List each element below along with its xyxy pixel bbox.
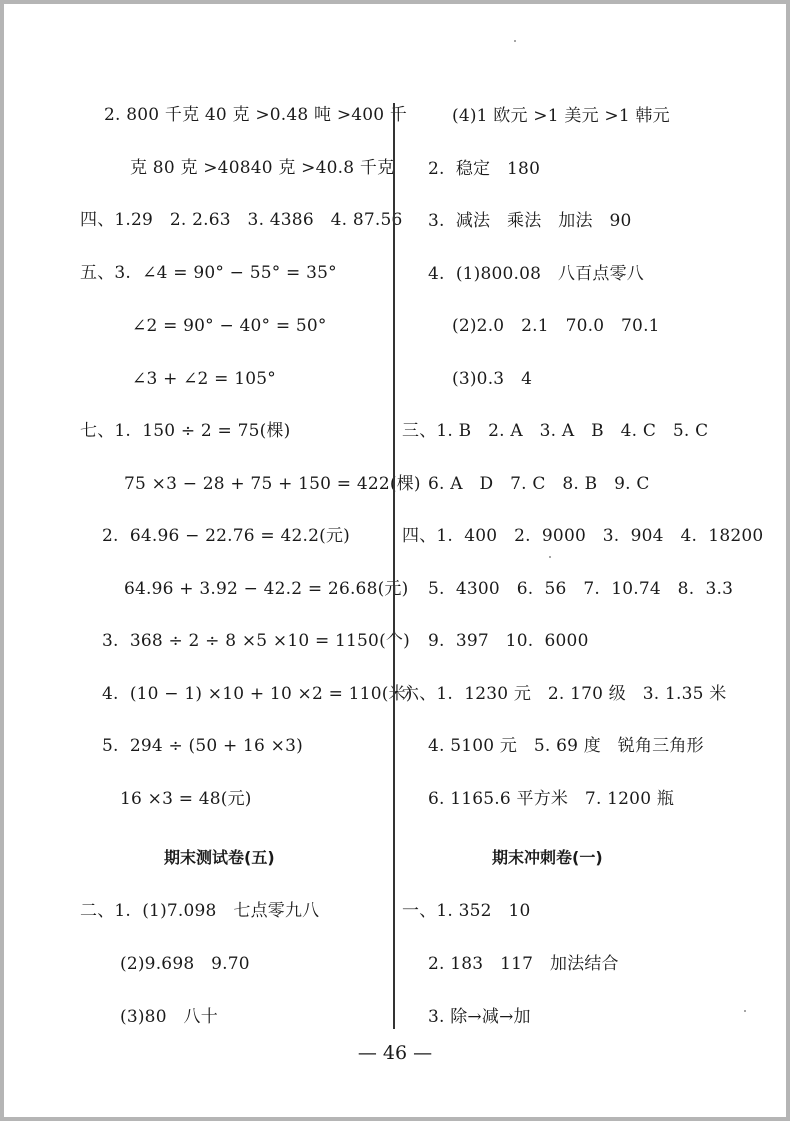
answer-line: 64.96 + 3.92 − 42.2 = 26.68(元) (124, 578, 408, 600)
answer-line: 四、1. 400 2. 9000 3. 904 4. 18200 (402, 525, 763, 547)
answer-line: 4. (1)800.08 八百点零八 (428, 263, 644, 285)
answer-line: ∠3 + ∠2 = 105° (132, 368, 276, 390)
answer-line: 3. 除→减→加 (428, 1006, 531, 1028)
answer-key-page: 2. 800 千克 40 克 >0.48 吨 >400 千 克 80 克 >40… (4, 4, 786, 1117)
answer-line: (3)0.3 4 (452, 368, 532, 390)
answer-line: (2)9.698 9.70 (120, 953, 250, 975)
answer-line: 七、1. 150 ÷ 2 = 75(棵) (80, 420, 291, 442)
answer-line: 2. 800 千克 40 克 >0.48 吨 >400 千 (104, 104, 407, 126)
answer-line: 2. 稳定 180 (428, 158, 540, 180)
answer-line: ∠2 = 90° − 40° = 50° (132, 315, 327, 337)
answer-line: 3. 减法 乘法 加法 90 (428, 210, 632, 232)
answer-line: 克 80 克 >40840 克 >40.8 千克 (130, 157, 394, 179)
answer-line: 3. 368 ÷ 2 ÷ 8 ×5 ×10 = 1150(个) (102, 630, 410, 652)
answer-line: (3)80 八十 (120, 1006, 218, 1028)
answer-line: 四、1.29 2. 2.63 3. 4386 4. 87.56 (80, 209, 403, 231)
answer-line: 9. 397 10. 6000 (428, 630, 589, 652)
answer-line: 16 ×3 = 48(元) (120, 788, 252, 810)
answer-line: 5. 4300 6. 56 7. 10.74 8. 3.3 (428, 578, 733, 600)
column-divider (393, 103, 395, 1029)
scan-speck (514, 40, 516, 42)
answer-line: (4)1 欧元 >1 美元 >1 韩元 (452, 105, 670, 127)
page-number: — 46 — (4, 1041, 786, 1065)
answer-line: 4. 5100 元 5. 69 度 锐角三角形 (428, 735, 704, 757)
answer-line: 一、1. 352 10 (402, 900, 531, 922)
answer-line: 2. 64.96 − 22.76 = 42.2(元) (102, 525, 350, 547)
answer-line: 4. (10 − 1) ×10 + 10 ×2 = 110(米) (102, 683, 413, 705)
answer-line: 5. 294 ÷ (50 + 16 ×3) (102, 735, 303, 757)
answer-line: 六、1. 1230 元 2. 170 级 3. 1.35 米 (402, 683, 726, 705)
answer-line: 6. A D 7. C 8. B 9. C (428, 473, 650, 495)
section-title: 期末冲刺卷(一) (492, 847, 603, 869)
answer-line: 6. 1165.6 平方米 7. 1200 瓶 (428, 788, 674, 810)
scan-speck (744, 1010, 746, 1012)
answer-line: 75 ×3 − 28 + 75 + 150 = 422(棵) (124, 473, 421, 495)
answer-line: 二、1. (1)7.098 七点零九八 (80, 900, 319, 922)
scan-speck (549, 556, 551, 558)
answer-line: 2. 183 117 加法结合 (428, 953, 619, 975)
answer-line: (2)2.0 2.1 70.0 70.1 (452, 315, 660, 337)
answer-line: 三、1. B 2. A 3. A B 4. C 5. C (402, 420, 708, 442)
section-title: 期末测试卷(五) (164, 847, 275, 869)
answer-line: 五、3. ∠4 = 90° − 55° = 35° (80, 262, 337, 284)
